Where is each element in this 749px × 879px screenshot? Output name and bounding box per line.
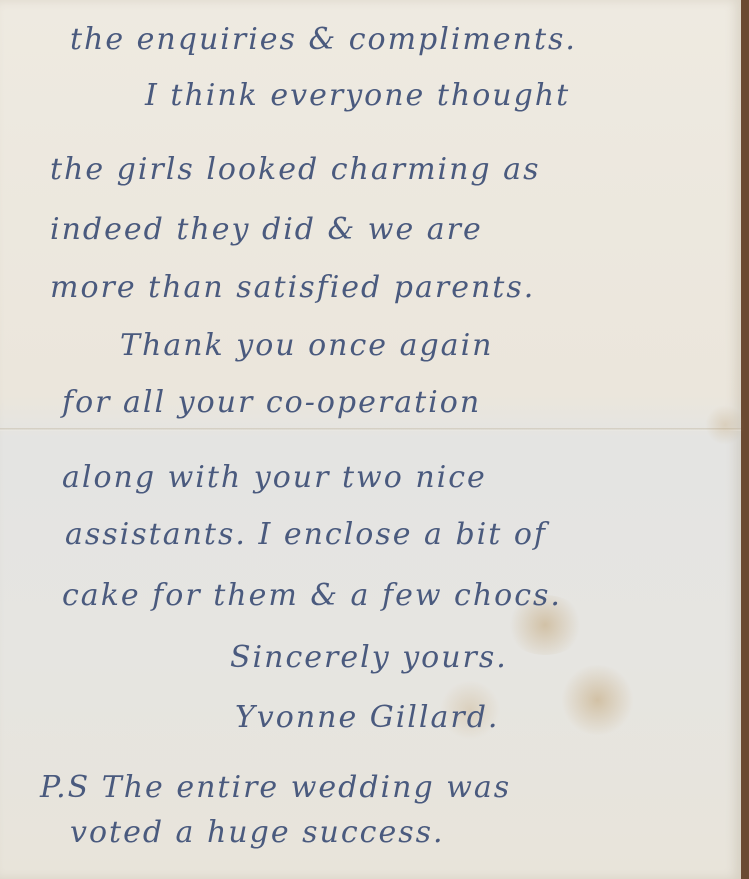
letter-closing: Sincerely yours. [230, 640, 508, 675]
letter-signature: Yvonne Gillard. [235, 700, 499, 735]
letter-line: the girls looked charming as [50, 152, 540, 187]
letter-line: the enquiries & compliments. [70, 22, 577, 57]
letter-line: along with your two nice [62, 460, 487, 495]
letter-line: for all your co-operation [62, 385, 481, 420]
paper-fold-crease [0, 428, 741, 431]
letter-page: the enquiries & compliments. I think eve… [0, 0, 741, 879]
letter-line: cake for them & a few chocs. [62, 578, 562, 613]
letter-line: I think everyone thought [145, 78, 570, 113]
stain [560, 665, 635, 735]
letter-line: indeed they did & we are [50, 212, 483, 247]
letter-line: assistants. I enclose a bit of [65, 517, 547, 552]
letter-postscript-line: voted a huge success. [70, 815, 445, 850]
letter-postscript-line: P.S The entire wedding was [40, 770, 511, 805]
letter-line: more than satisfied parents. [50, 270, 535, 305]
stain [705, 405, 745, 445]
letter-line: Thank you once again [120, 328, 494, 363]
